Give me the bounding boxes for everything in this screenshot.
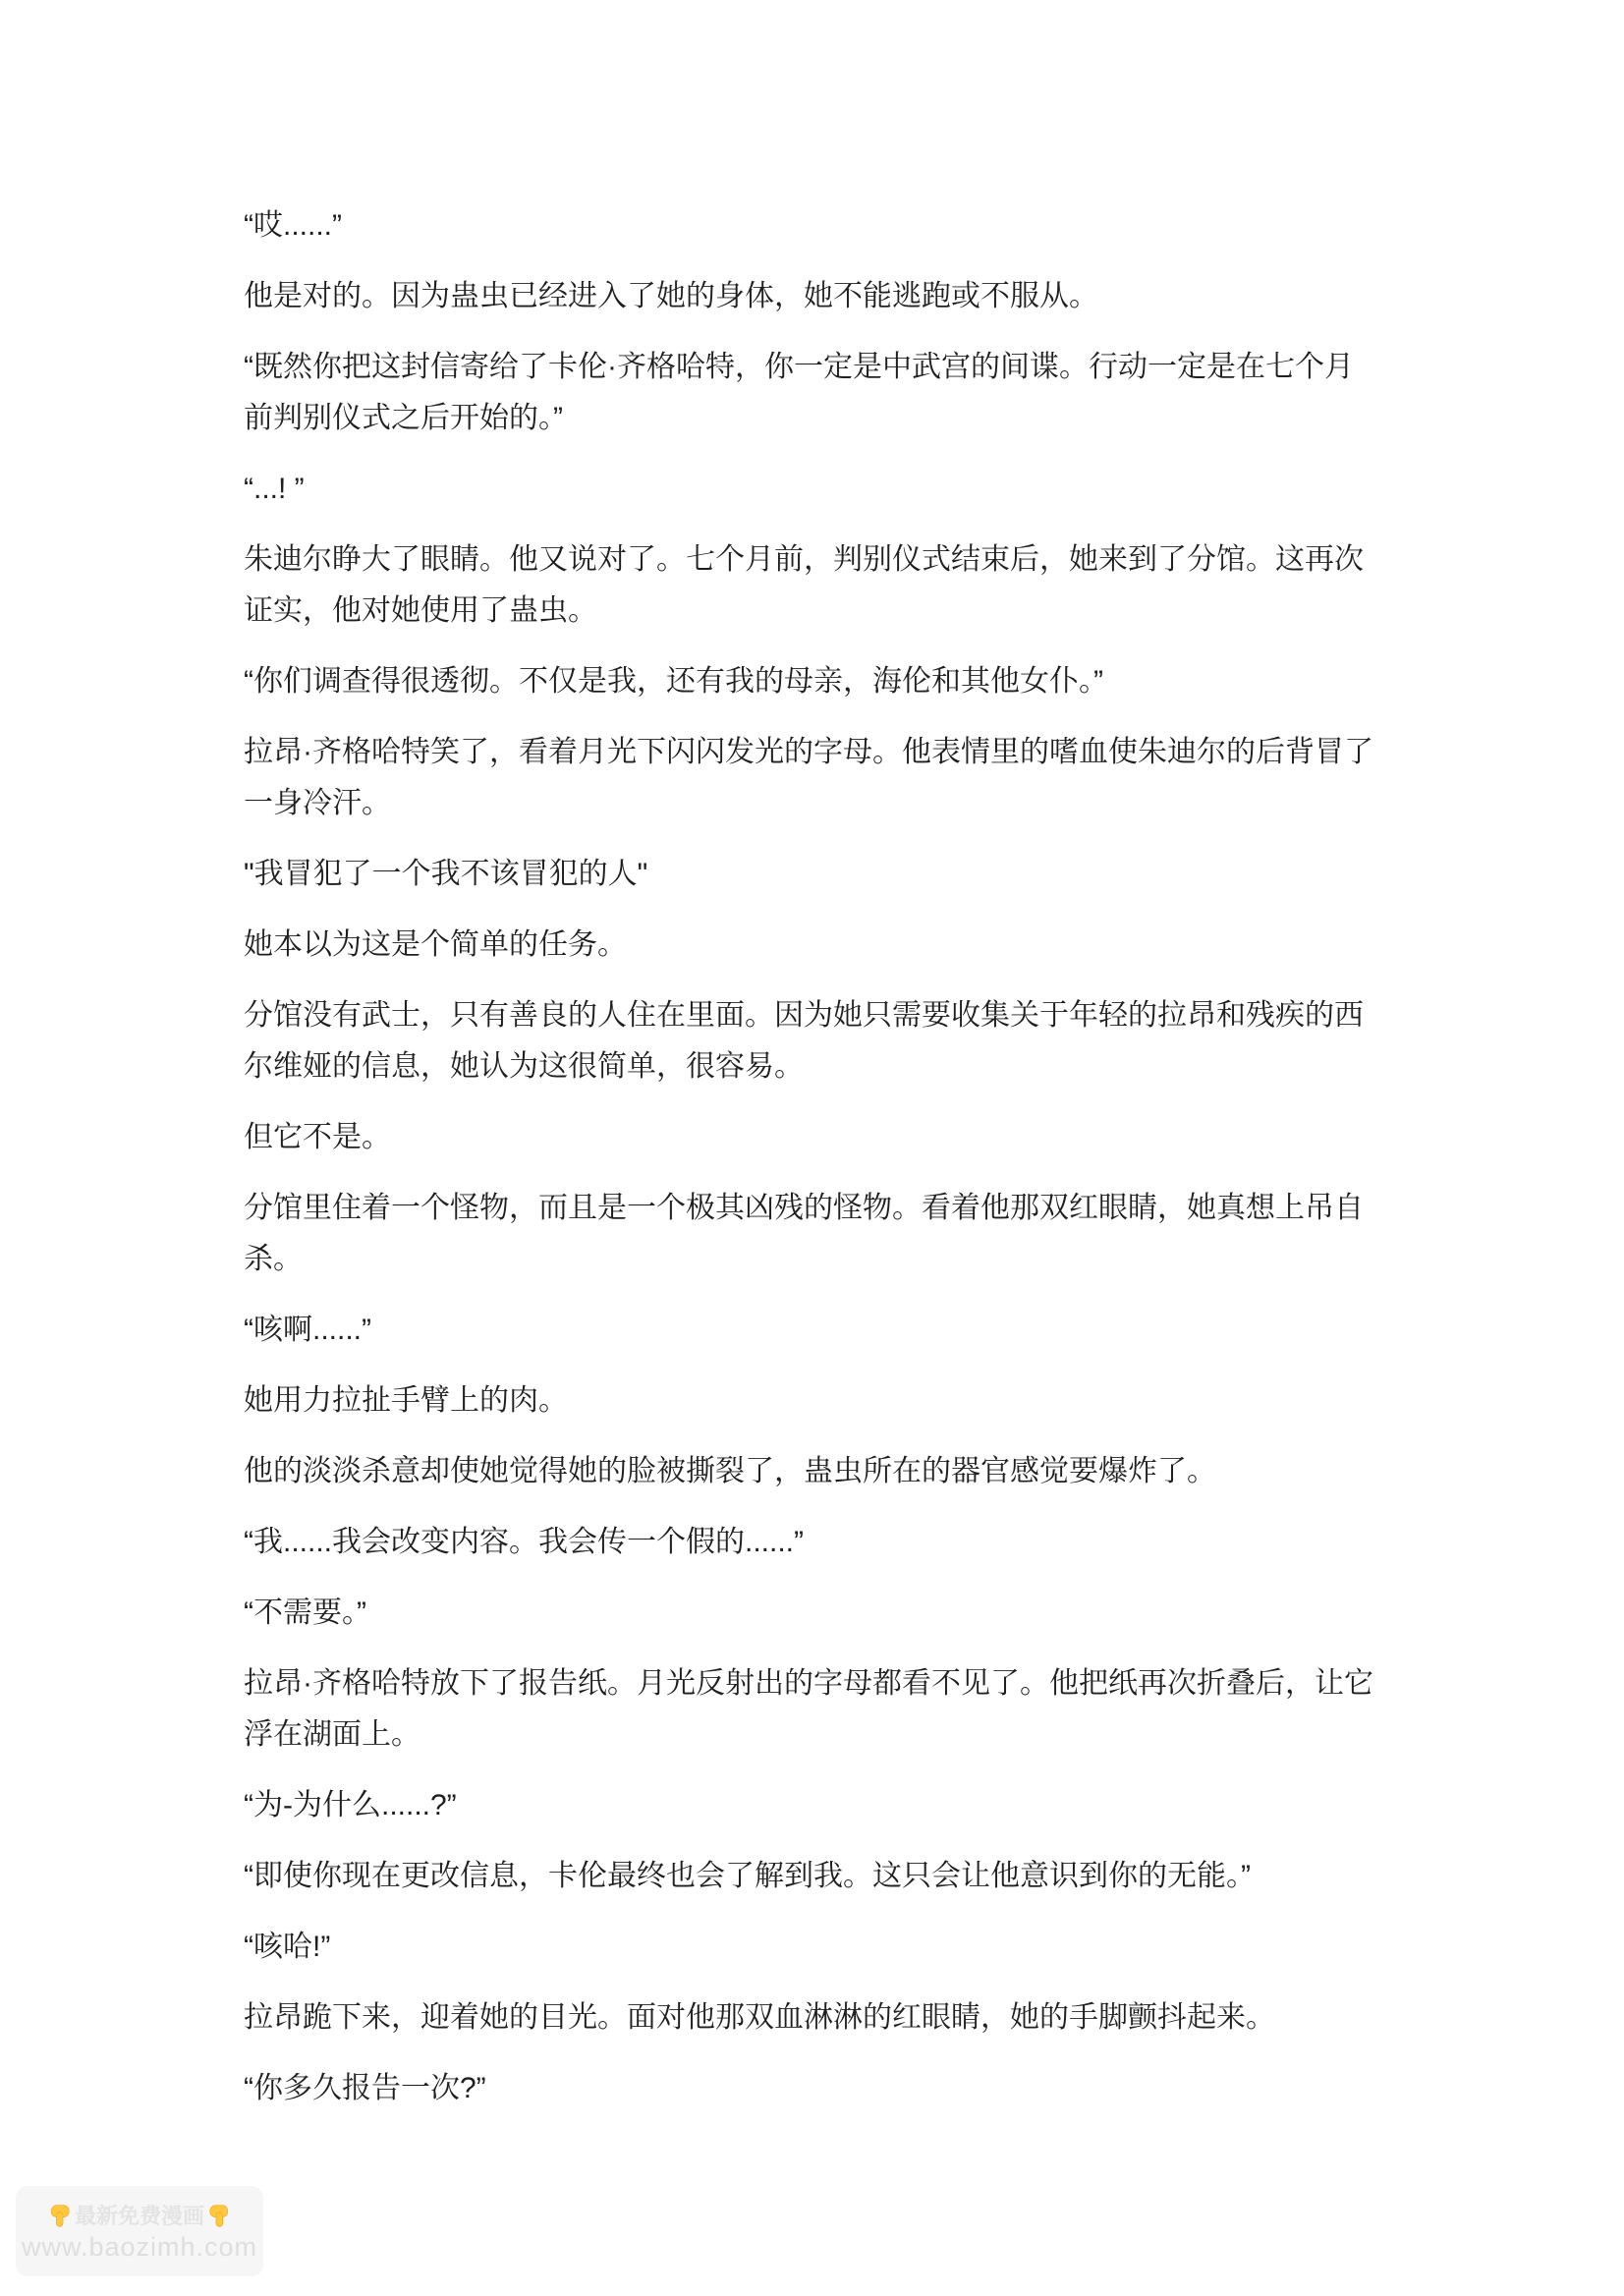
site-watermark: 最新免费漫画 www.baozimh.com <box>16 2186 263 2276</box>
paragraph: 拉昂·齐格哈特笑了，看着月光下闪闪发光的字母。他表情里的嗜血使朱迪尔的后背冒了一… <box>244 727 1378 829</box>
paragraph: 分馆没有武士，只有善良的人住在里面。因为她只需要收集关于年轻的拉昂和残疾的西尔维… <box>244 990 1378 1092</box>
watermark-url: www.baozimh.com <box>22 2232 257 2263</box>
paragraph: 分馆里住着一个怪物，而且是一个极其凶残的怪物。看着他那双红眼睛，她真想上吊自杀。 <box>244 1183 1378 1285</box>
paragraph: 她用力拉扯手臂上的肉。 <box>244 1375 1378 1427</box>
paragraph: “即使你现在更改信息，卡伦最终也会了解到我。这只会让他意识到你的无能。” <box>244 1851 1378 1902</box>
paragraph: "我冒犯了一个我不该冒犯的人" <box>244 849 1378 900</box>
paragraph: 她本以为这是个简单的任务。 <box>244 920 1378 971</box>
paragraph: “哎......” <box>244 200 1378 252</box>
paragraph: “我......我会改变内容。我会传一个假的......” <box>244 1517 1378 1568</box>
watermark-title-row: 最新免费漫画 <box>47 2200 232 2230</box>
paragraph: “你多久报告一次?” <box>244 2063 1378 2114</box>
paragraph: “...! ” <box>244 464 1378 515</box>
paragraph: “不需要。” <box>244 1588 1378 1639</box>
watermark-title: 最新免费漫画 <box>75 2200 204 2230</box>
paragraph: “既然你把这封信寄给了卡伦·齐格哈特，你一定是中武宫的间谍。行动一定是在七个月前… <box>244 342 1378 444</box>
point-down-emoji <box>206 2203 232 2228</box>
paragraph: “为-为什么......?” <box>244 1780 1378 1831</box>
paragraph: “咳哈!” <box>244 1922 1378 1973</box>
paragraph: “你们调查得很透彻。不仅是我，还有我的母亲，海伦和其他女仆。” <box>244 656 1378 707</box>
novel-text-body: “哎......” 他是对的。因为蛊虫已经进入了她的身体，她不能逃跑或不服从。 … <box>244 200 1378 2134</box>
paragraph: 拉昂·齐格哈特放下了报告纸。月光反射出的字母都看不见了。他把纸再次折叠后，让它浮… <box>244 1658 1378 1761</box>
paragraph: 朱迪尔睁大了眼睛。他又说对了。七个月前，判别仪式结束后，她来到了分馆。这再次证实… <box>244 534 1378 637</box>
paragraph: 他是对的。因为蛊虫已经进入了她的身体，她不能逃跑或不服从。 <box>244 271 1378 322</box>
point-down-emoji <box>47 2203 73 2228</box>
paragraph: 拉昂跪下来，迎着她的目光。面对他那双血淋淋的红眼睛，她的手脚颤抖起来。 <box>244 1992 1378 2044</box>
paragraph: 但它不是。 <box>244 1112 1378 1163</box>
paragraph: 他的淡淡杀意却使她觉得她的脸被撕裂了，蛊虫所在的器官感觉要爆炸了。 <box>244 1446 1378 1497</box>
paragraph: “咳啊......” <box>244 1305 1378 1356</box>
